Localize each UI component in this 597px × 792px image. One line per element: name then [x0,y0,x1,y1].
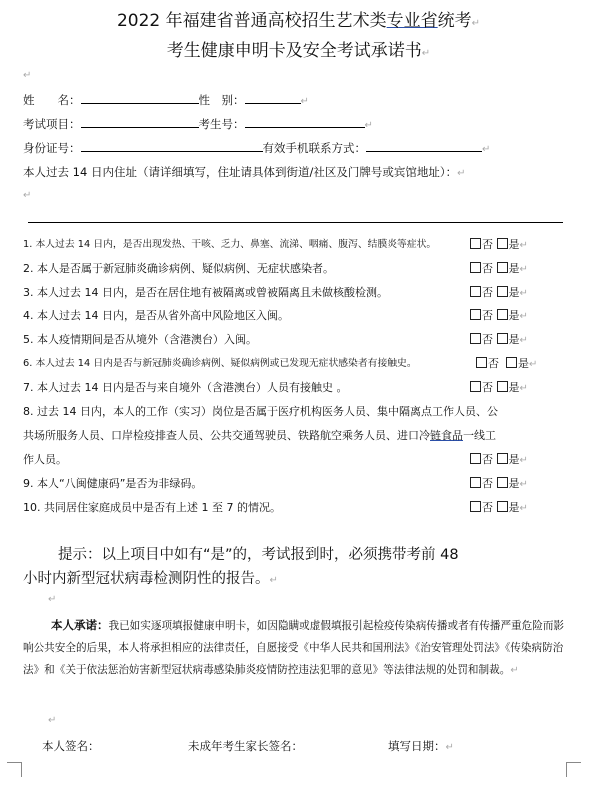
no-label: 否 [482,501,493,514]
exam-item-field[interactable] [81,116,199,128]
checkbox-no[interactable] [470,333,481,344]
checkbox-no[interactable] [470,477,481,488]
gender-field[interactable] [245,92,301,104]
no-label: 否 [482,309,493,322]
return-mark-icon: ↵ [482,144,490,155]
checkbox-yes[interactable] [497,238,508,249]
return-mark-icon: ↵ [23,70,31,81]
checkbox-yes[interactable] [497,453,508,464]
yes-label: 是 [509,381,520,394]
question-8-line2: 共场所服务人员、口岸检疫排查人员、公共交通驾驶员、铁路航空乘务人员、进口冷链食品… [23,427,496,443]
question-8-text-end: 一线工 [463,429,496,442]
answer-6: 否 是↵ [476,355,537,371]
title-text-end: 统考 [438,11,472,31]
question-8-line1: 8. 过去 14 日内，本人的工作（实习）岗位是否属于医疗机构医务人员、集中隔离… [23,403,498,419]
yes-label: 是 [509,238,520,251]
question-8-line3: 作人员。 [23,451,67,467]
checkbox-yes[interactable] [497,381,508,392]
question-9: 9. 本人“八闽健康码”是否为非绿码。 [23,475,202,491]
yes-label: 是 [509,262,520,275]
answer-7: 否 是↵ [470,379,528,395]
no-label: 否 [482,238,493,251]
promise-paragraph: 本人承诺：我已如实逐项填报健康申明卡，如因隐瞒或虚假填报引起检疫传染病传播或者有… [23,614,573,682]
answer-5: 否 是↵ [470,331,528,347]
checkbox-no[interactable] [470,501,481,512]
self-signature-label: 本人签名： [42,738,100,754]
return-mark-icon: ↵ [23,190,31,201]
return-mark-icon: ↵ [510,665,518,676]
checkbox-no[interactable] [470,238,481,249]
answer-1: 否 是↵ [470,236,528,252]
return-mark-icon: ↵ [270,575,278,586]
return-mark-icon: ↵ [520,383,528,394]
checkbox-no[interactable] [470,381,481,392]
return-mark-icon: ↵ [520,503,528,514]
answer-2: 否 是↵ [470,260,528,276]
title-text: 考生健康申明卡及安全考试承诺书 [167,41,422,61]
page-corner-mark-left [7,762,22,777]
return-mark-icon: ↵ [520,335,528,346]
return-mark-icon: ↵ [422,48,430,59]
question-3: 3. 本人过去 14 日内，是否在居住地有被隔离或曾被隔离且未做核酸检测。 [23,284,388,300]
phone-field[interactable] [366,140,482,152]
address-row: 本人过去 14 日内住址（请详细填写，住址请具体到街道/社区及门牌号或宾馆地址）… [23,164,465,180]
yes-label: 是 [509,333,520,346]
yes-label: 是 [518,357,529,370]
question-1: 1. 本人过去 14 日内，是否出现发热、干咳、乏力、鼻塞、流涕、咽痛、腹泻、结… [23,236,436,250]
no-label: 否 [482,286,493,299]
notice-text: 小时内新型冠状病毒检测阴性的报告。 [23,571,270,587]
answer-4: 否 是↵ [470,307,528,323]
yes-label: 是 [509,286,520,299]
yes-label: 是 [509,453,520,466]
exam-item-label: 考试项目： [23,117,81,131]
return-mark-icon: ↵ [457,168,465,179]
no-label: 否 [482,477,493,490]
page-corner-mark-right [566,762,581,777]
yes-label: 是 [509,501,520,514]
question-8-underlined: 链食品 [430,429,463,442]
document-title-line1: 2022 年福建省普通高校招生艺术类专业省统考↵ [0,6,597,31]
checkbox-yes[interactable] [497,309,508,320]
return-mark-icon: ↵ [301,96,309,107]
parent-signature-label: 未成年考生家长签名： [188,738,303,754]
no-label: 否 [482,262,493,275]
return-mark-icon: ↵ [472,18,480,29]
question-8-text: 共场所服务人员、口岸检疫排查人员、公共交通驾驶员、铁路航空乘务人员、进口冷 [23,429,430,442]
name-field[interactable] [81,92,199,104]
question-10: 10. 共同居住家庭成员中是否有上述 1 至 7 的情况。 [23,499,281,515]
checkbox-no[interactable] [476,357,487,368]
title-text: 2022 年福建省普通高校招生艺术类 [117,11,387,31]
checkbox-yes[interactable] [497,286,508,297]
checkbox-no[interactable] [470,453,481,464]
return-mark-icon: ↵ [446,742,454,753]
checkbox-yes[interactable] [497,333,508,344]
question-5: 5. 本人疫情期间是否从境外（含港澳台）入闽。 [23,331,257,347]
name-label: 姓 名： [23,93,81,107]
phone-label: 有效手机联系方式： [263,141,367,155]
answer-8: 否 是↵ [470,451,528,467]
address-field[interactable] [28,222,563,223]
id-row: 身份证号：有效手机联系方式：↵ [23,140,490,156]
answer-3: 否 是↵ [470,284,528,300]
name-row: 姓 名：性 别：↵ [23,92,309,108]
return-mark-icon: ↵ [48,594,56,605]
return-mark-icon: ↵ [365,120,373,131]
checkbox-yes[interactable] [497,477,508,488]
title-underlined-text: 专业省 [387,11,438,31]
id-field[interactable] [81,140,263,152]
checkbox-yes[interactable] [497,501,508,512]
question-6: 6. 本人过去 14 日内是否与新冠肺炎确诊病例、疑似病例或已发现无症状感染者有… [23,355,417,369]
exam-no-label: 考生号： [199,117,245,131]
checkbox-no[interactable] [470,309,481,320]
date-label: 填写日期： [388,739,446,753]
question-4: 4. 本人过去 14 日内，是否从省外高中风险地区入闽。 [23,307,289,323]
return-mark-icon: ↵ [520,240,528,251]
document-title-line2: 考生健康申明卡及安全考试承诺书↵ [0,36,597,61]
return-mark-icon: ↵ [520,311,528,322]
checkbox-no[interactable] [470,262,481,273]
return-mark-icon: ↵ [520,288,528,299]
return-mark-icon: ↵ [529,359,537,370]
no-label: 否 [482,381,493,394]
return-mark-icon: ↵ [520,479,528,490]
no-label: 否 [488,357,499,370]
no-label: 否 [482,333,493,346]
return-mark-icon: ↵ [520,455,528,466]
address-label: 本人过去 14 日内住址（请详细填写，住址请具体到街道/社区及门牌号或宾馆地址）… [23,165,457,179]
checkbox-yes[interactable] [497,262,508,273]
promise-label: 本人承诺： [51,618,109,632]
checkbox-yes[interactable] [506,357,517,368]
checkbox-no[interactable] [470,286,481,297]
notice-line2: 小时内新型冠状病毒检测阴性的报告。↵ [23,567,278,588]
yes-label: 是 [509,309,520,322]
date-row: 填写日期：↵ [388,738,454,754]
return-mark-icon: ↵ [48,715,56,726]
answer-9: 否 是↵ [470,475,528,491]
yes-label: 是 [509,477,520,490]
notice-line1: 提示：以上项目中如有“是”的，考试报到时，必须携带考前 48 [58,543,459,564]
exam-no-field[interactable] [245,116,365,128]
question-7: 7. 本人过去 14 日内是否与来自境外（含港澳台）人员有接触史 。 [23,379,347,395]
id-label: 身份证号： [23,141,81,155]
answer-10: 否 是↵ [470,499,528,515]
no-label: 否 [482,453,493,466]
question-2: 2. 本人是否属于新冠肺炎确诊病例、疑似病例、无症状感染者。 [23,260,334,276]
gender-label: 性 别： [199,93,245,107]
return-mark-icon: ↵ [520,264,528,275]
exam-row: 考试项目：考生号：↵ [23,116,373,132]
